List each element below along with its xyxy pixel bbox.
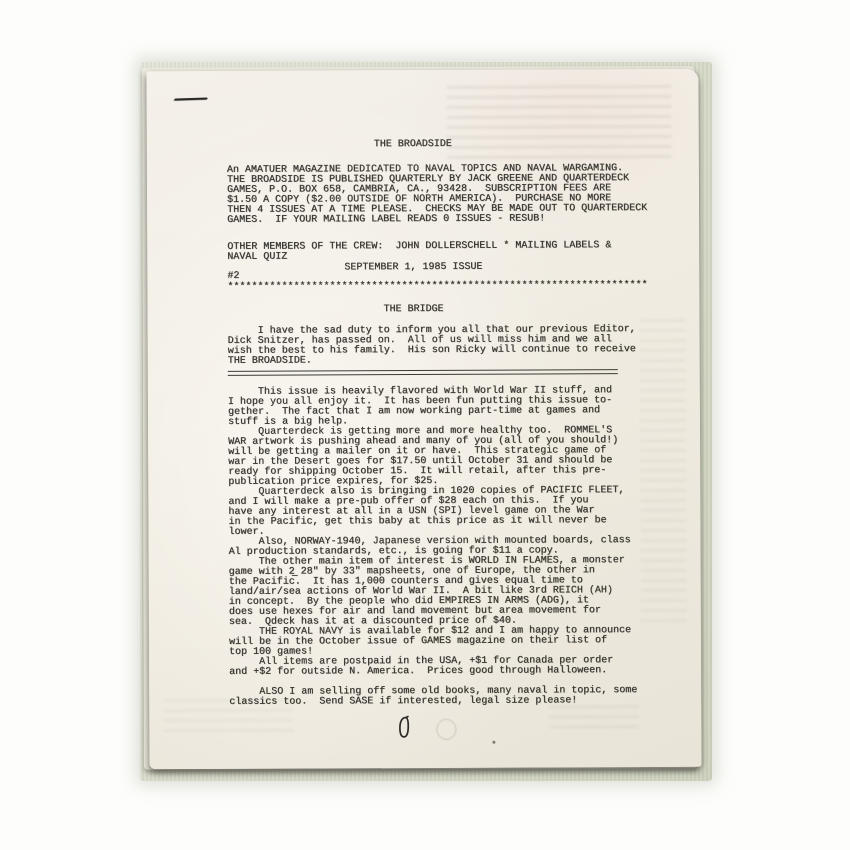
section-heading-the-bridge: THE BRIDGE (228, 304, 648, 316)
handwritten-letter-d-mark (395, 715, 411, 739)
newsletter-title: THE BROADSIDE (227, 139, 647, 151)
ink-bleed-texture (549, 705, 639, 731)
photo-backdrop: THE BROADSIDE An AMATUER MAGAZINE DEDICA… (140, 62, 712, 781)
faint-circle-mark (436, 719, 456, 740)
masthead-crew-lines: OTHER MEMBERS OF THE CREW: JOHN DOLLERSC… (227, 241, 611, 263)
ink-speck (492, 741, 495, 744)
bridge-paragraph: I have the sad duty to inform you all th… (228, 325, 636, 367)
asterisk-divider: ****************************************… (227, 281, 647, 293)
issue-date: SEPTEMBER 1, 1985 ISSUE (227, 262, 647, 274)
issue-number: #2 (227, 272, 239, 282)
body-text: This issue is heavily flavored with Worl… (228, 386, 637, 708)
ink-bleed-texture (640, 319, 687, 629)
pen-dash-mark (175, 97, 208, 100)
double-rule-divider (228, 369, 618, 376)
newsletter-page: THE BROADSIDE An AMATUER MAGAZINE DEDICA… (146, 69, 701, 769)
masthead-about-paragraph: An AMATUER MAGAZINE DEDICATED TO NAVAL T… (227, 164, 647, 226)
